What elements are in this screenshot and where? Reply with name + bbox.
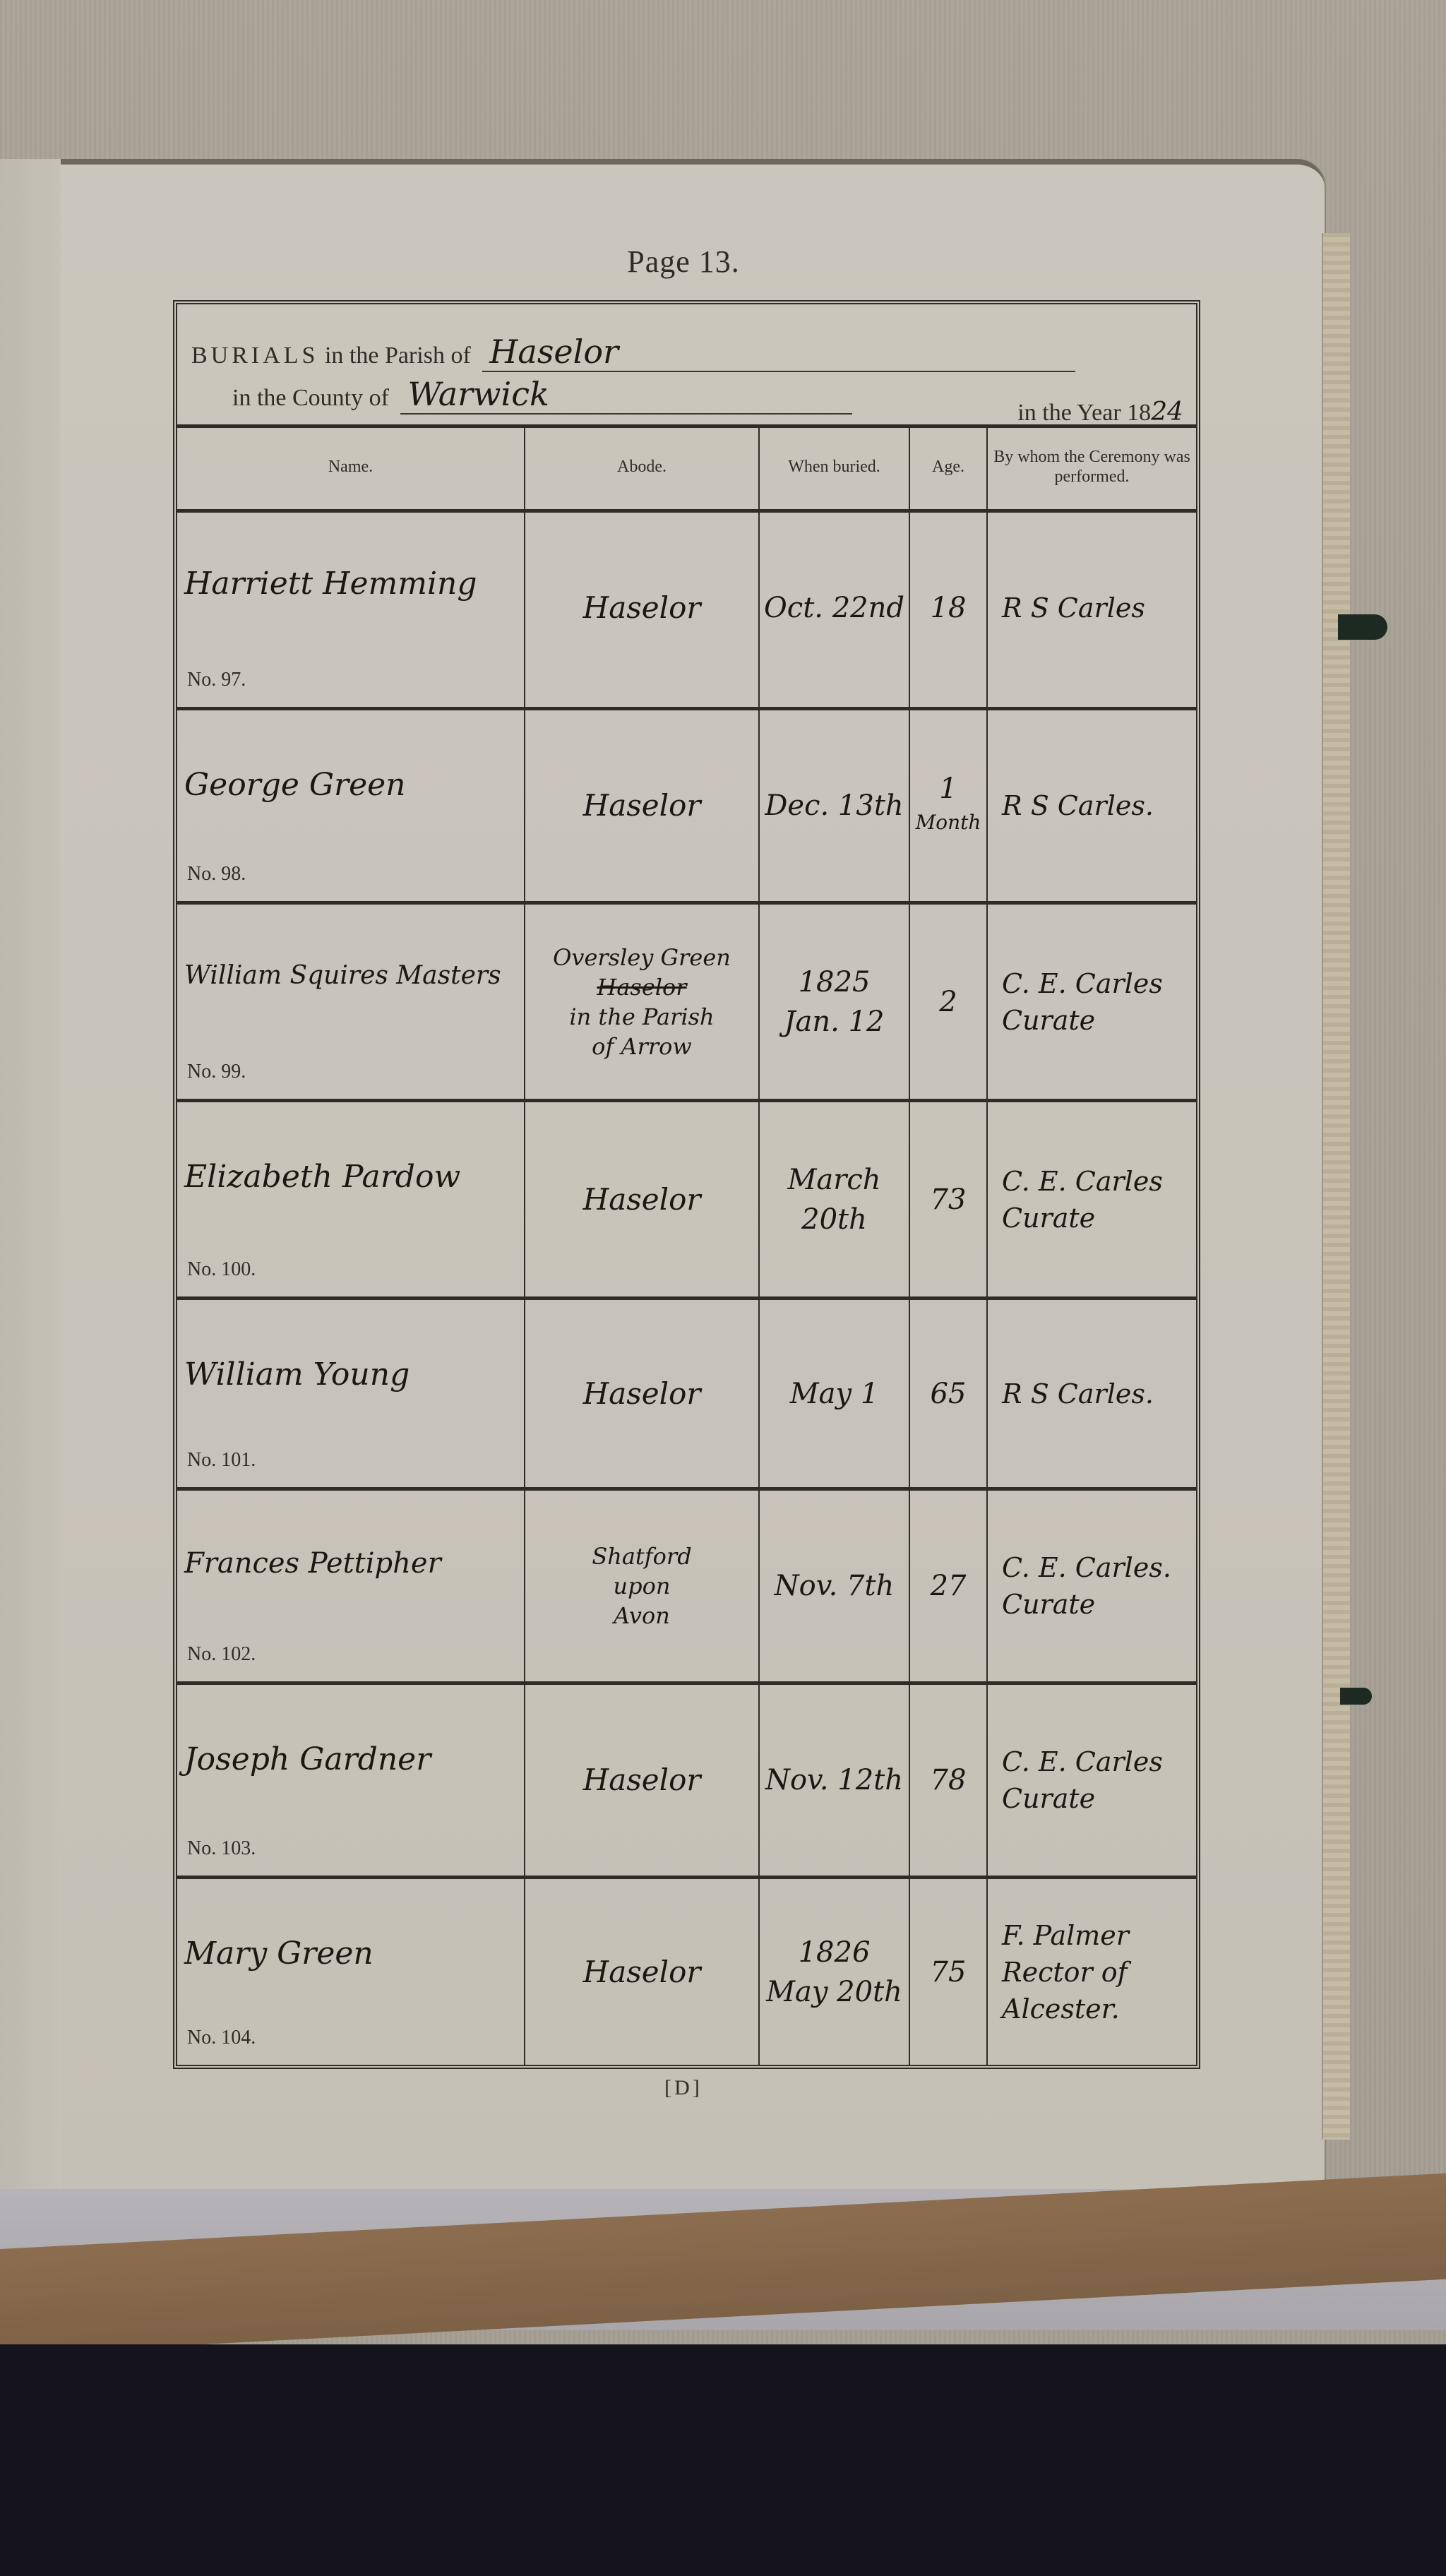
age-value: 1 bbox=[939, 772, 957, 806]
table-row: William Young No. 101. Haselor May 1 65 … bbox=[177, 1300, 1196, 1491]
officiant-title: Curate bbox=[1002, 1586, 1095, 1623]
date-line: May 20th bbox=[766, 1972, 902, 2012]
verso-page-edge bbox=[0, 159, 64, 2207]
entry-abode: Oversley Green Haselor in the Parish of … bbox=[525, 905, 760, 1099]
entry-when-buried: May 1 bbox=[760, 1300, 910, 1487]
officiant-title: Alcester. bbox=[1002, 1991, 1120, 2027]
entry-when-buried: 1826 May 20th bbox=[760, 1879, 910, 2065]
officiant-line: C. E. Carles bbox=[1002, 1163, 1163, 1200]
entry-abode: Shatford upon Avon bbox=[525, 1491, 760, 1681]
entry-abode: Haselor bbox=[525, 710, 760, 901]
entry-age: 73 bbox=[910, 1102, 988, 1296]
entry-name: George Green No. 98. bbox=[177, 710, 525, 901]
officiant-line: R S Carles. bbox=[1002, 787, 1154, 824]
age-value: 65 bbox=[931, 1377, 967, 1411]
entry-age: 2 bbox=[910, 905, 988, 1099]
entry-number: No. 97. bbox=[187, 669, 246, 691]
abode-line: upon bbox=[614, 1571, 671, 1601]
entry-by-whom: R S Carles bbox=[988, 509, 1196, 707]
name-text: Mary Green bbox=[184, 1936, 374, 1972]
entry-abode: Haselor bbox=[525, 509, 760, 707]
entry-when-buried: 1825 Jan. 12 bbox=[760, 905, 910, 1099]
date-line: Jan. 12 bbox=[784, 1002, 885, 1042]
entry-age: 1 Month bbox=[910, 710, 988, 901]
entry-number: No. 103. bbox=[187, 1837, 256, 1860]
officiant-line: C. E. Carles. bbox=[1002, 1549, 1171, 1586]
abode-line: Haselor bbox=[583, 1762, 701, 1799]
entry-name: Joseph Gardner No. 103. bbox=[177, 1685, 525, 1876]
officiant-line: R S Carles bbox=[1002, 590, 1145, 626]
entry-when-buried: Nov. 7th bbox=[760, 1491, 910, 1681]
heading-line-parish: BURIALS in the Parish of Haselor bbox=[191, 333, 1075, 372]
year-value: 24 bbox=[1151, 398, 1183, 427]
officiant-line: R S Carles. bbox=[1002, 1376, 1154, 1412]
age-value: 2 bbox=[939, 985, 957, 1019]
register-heading: BURIALS in the Parish of Haselor in the … bbox=[177, 304, 1196, 428]
date-line: Nov. 7th bbox=[775, 1566, 895, 1606]
officiant-line: C. E. Carles bbox=[1002, 1743, 1163, 1780]
entry-number: No. 99. bbox=[187, 1061, 246, 1083]
entry-number: No. 100. bbox=[187, 1258, 256, 1281]
entry-name: Mary Green No. 104. bbox=[177, 1879, 525, 2065]
entry-number: No. 98. bbox=[187, 863, 246, 885]
name-text: William Squires Masters bbox=[184, 961, 501, 990]
entry-by-whom: R S Carles. bbox=[988, 710, 1196, 901]
age-unit: Month bbox=[916, 806, 981, 840]
abode-line: Oversley Green bbox=[553, 943, 731, 972]
column-header-name: Name. bbox=[177, 424, 525, 509]
entry-by-whom: C. E. Carles. Curate bbox=[988, 1491, 1196, 1681]
abode-line: of Arrow bbox=[592, 1032, 692, 1061]
county-value: Warwick bbox=[400, 375, 852, 415]
table-row: George Green No. 98. Haselor Dec. 13th 1… bbox=[177, 710, 1196, 905]
entry-when-buried: Dec. 13th bbox=[760, 710, 910, 901]
name-text: William Young bbox=[184, 1356, 410, 1393]
ribbon-tie-icon bbox=[1340, 1688, 1372, 1705]
age-value: 78 bbox=[931, 1763, 967, 1797]
entry-name: William Young No. 101. bbox=[177, 1300, 525, 1487]
date-line: March 20th bbox=[760, 1160, 909, 1239]
name-text: Joseph Gardner bbox=[184, 1741, 431, 1777]
abode-line: Haselor bbox=[583, 1954, 701, 1991]
abode-line: in the Parish bbox=[569, 1002, 714, 1032]
officiant-title: Curate bbox=[1002, 1200, 1095, 1236]
heading-line-county: in the County of Warwick bbox=[232, 375, 852, 415]
officiant-title: Rector of bbox=[1002, 1954, 1128, 1991]
entry-when-buried: March 20th bbox=[760, 1102, 910, 1296]
age-value: 27 bbox=[931, 1569, 967, 1603]
table-row: Mary Green No. 104. Haselor 1826 May 20t… bbox=[177, 1879, 1196, 2065]
date-line: May 1 bbox=[790, 1374, 879, 1414]
entry-age: 27 bbox=[910, 1491, 988, 1681]
date-year: 1826 bbox=[799, 1933, 871, 1972]
page-number: Page 13. bbox=[0, 244, 1367, 280]
entry-by-whom: C. E. Carles Curate bbox=[988, 1685, 1196, 1876]
officiant-line: F. Palmer bbox=[1002, 1917, 1129, 1954]
column-header-abode: Abode. bbox=[525, 424, 760, 509]
date-line: Dec. 13th bbox=[765, 786, 903, 825]
table-row: Joseph Gardner No. 103. Haselor Nov. 12t… bbox=[177, 1685, 1196, 1879]
table-row: Elizabeth Pardow No. 100. Haselor March … bbox=[177, 1102, 1196, 1300]
abode-line-struck: Haselor bbox=[597, 972, 686, 1002]
name-text: George Green bbox=[184, 767, 406, 803]
heading-line-year: in the Year 1824 bbox=[1017, 398, 1183, 427]
age-value: 73 bbox=[931, 1183, 967, 1217]
entry-by-whom: C. E. Carles Curate bbox=[988, 905, 1196, 1099]
book-fore-edge bbox=[1322, 233, 1350, 2140]
entry-by-whom: C. E. Carles Curate bbox=[988, 1102, 1196, 1296]
name-text: Elizabeth Pardow bbox=[184, 1159, 460, 1195]
date-year: 1825 bbox=[799, 962, 871, 1002]
entry-name: William Squires Masters No. 99. bbox=[177, 905, 525, 1099]
column-header-age: Age. bbox=[910, 424, 988, 509]
officiant-title: Curate bbox=[1002, 1002, 1095, 1039]
abode-line: Haselor bbox=[583, 1376, 701, 1412]
age-value: 18 bbox=[931, 591, 967, 625]
entry-number: No. 101. bbox=[187, 1449, 256, 1472]
date-line: Oct. 22nd bbox=[764, 588, 904, 628]
heading-burials: BURIALS bbox=[191, 342, 318, 369]
entry-age: 18 bbox=[910, 509, 988, 707]
signature-mark: [D] bbox=[0, 2076, 1367, 2100]
entry-name: Frances Pettipher No. 102. bbox=[177, 1491, 525, 1681]
abode-line: Avon bbox=[614, 1601, 670, 1630]
parish-value: Haselor bbox=[482, 333, 1075, 372]
abode-line: Haselor bbox=[583, 590, 701, 626]
heading-county-label: in the County of bbox=[232, 385, 389, 411]
entry-abode: Haselor bbox=[525, 1879, 760, 2065]
table-row: Frances Pettipher No. 102. Shatford upon… bbox=[177, 1491, 1196, 1685]
entry-by-whom: R S Carles. bbox=[988, 1300, 1196, 1487]
abode-line: Haselor bbox=[583, 1181, 701, 1218]
burial-register-table: BURIALS in the Parish of Haselor in the … bbox=[173, 300, 1200, 2069]
column-header-when-buried: When buried. bbox=[760, 424, 910, 509]
heading-parish-label: in the Parish of bbox=[325, 342, 471, 369]
entry-abode: Haselor bbox=[525, 1685, 760, 1876]
entry-by-whom: F. Palmer Rector of Alcester. bbox=[988, 1879, 1196, 2065]
heading-year-label: in the Year 18 bbox=[1017, 400, 1151, 426]
entry-abode: Haselor bbox=[525, 1300, 760, 1487]
table-row: Harriett Hemming No. 97. Haselor Oct. 22… bbox=[177, 509, 1196, 710]
officiant-title: Curate bbox=[1002, 1780, 1095, 1817]
name-text: Harriett Hemming bbox=[184, 566, 477, 602]
entry-number: No. 102. bbox=[187, 1643, 256, 1666]
column-header-by-whom: By whom the Ceremony was performed. bbox=[988, 424, 1196, 509]
name-text: Frances Pettipher bbox=[184, 1547, 441, 1580]
abode-line: Shatford bbox=[592, 1542, 691, 1571]
entry-abode: Haselor bbox=[525, 1102, 760, 1296]
entry-age: 75 bbox=[910, 1879, 988, 2065]
entry-when-buried: Oct. 22nd bbox=[760, 509, 910, 707]
date-line: Nov. 12th bbox=[765, 1760, 903, 1800]
ribbon-tie-icon bbox=[1338, 614, 1387, 640]
table-row: William Squires Masters No. 99. Oversley… bbox=[177, 905, 1196, 1102]
entry-age: 78 bbox=[910, 1685, 988, 1876]
age-value: 75 bbox=[931, 1955, 967, 1989]
dark-floor bbox=[0, 2344, 1446, 2576]
column-header-row: Name. Abode. When buried. Age. By whom t… bbox=[177, 424, 1196, 513]
entry-name: Elizabeth Pardow No. 100. bbox=[177, 1102, 525, 1296]
entry-age: 65 bbox=[910, 1300, 988, 1487]
entry-when-buried: Nov. 12th bbox=[760, 1685, 910, 1876]
abode-line: Haselor bbox=[583, 787, 701, 824]
officiant-line: C. E. Carles bbox=[1002, 965, 1163, 1002]
entry-number: No. 104. bbox=[187, 2027, 256, 2049]
entry-name: Harriett Hemming No. 97. bbox=[177, 509, 525, 707]
